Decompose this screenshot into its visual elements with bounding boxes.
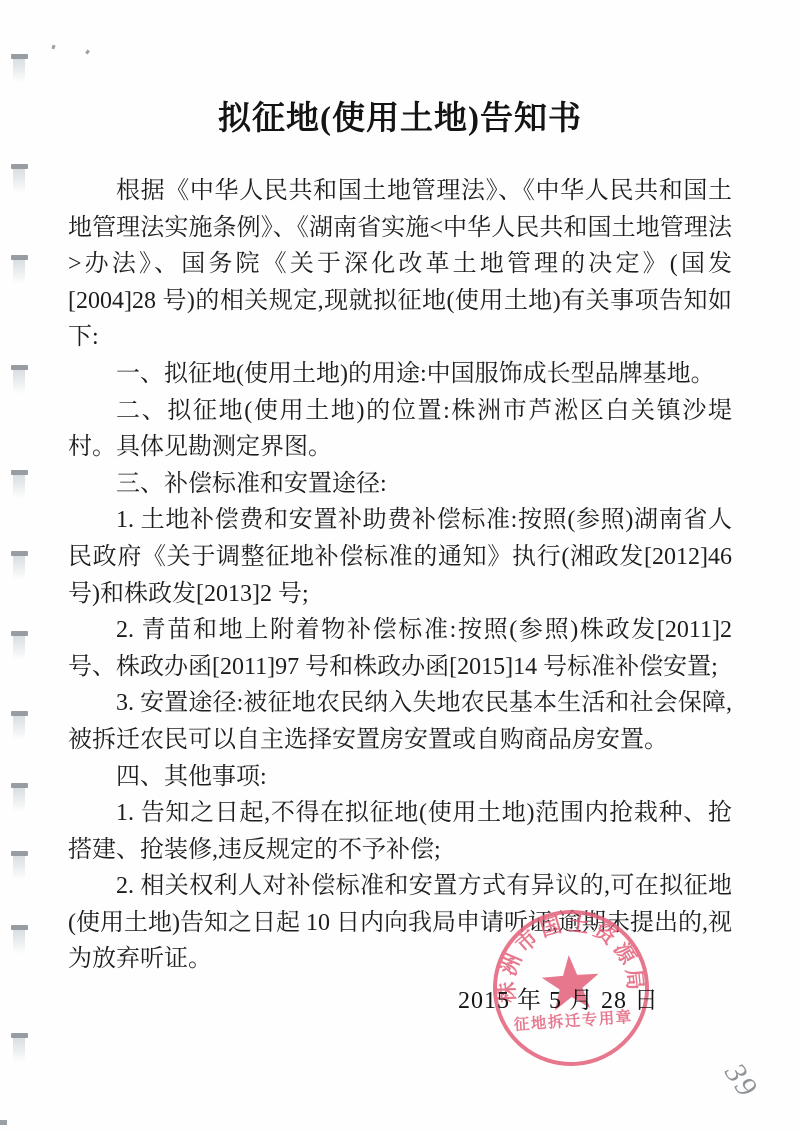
paragraph-no-rush-planting: 1. 告知之日起,不得在拟征地(使用土地)范围内抢栽种、抢搭建、抢装修,违反规定… xyxy=(68,795,732,868)
binding-hole-mark xyxy=(11,255,28,260)
binding-hole-mark xyxy=(11,365,28,370)
binding-hole-mark xyxy=(11,851,28,856)
paragraph-compensation-standard: 1. 土地补偿费和安置补助费补偿标准:按照(参照)湖南省人民政府《关于调整征地补… xyxy=(68,502,732,612)
paragraph-resettlement: 3. 安置途径:被征地农民纳入失地农民基本生活和社会保障,被拆迁农民可以自主选择… xyxy=(68,685,732,758)
scan-speck xyxy=(0,1120,7,1125)
paragraph-purpose: 一、拟征地(使用土地)的用途:中国服饰成长型品牌基地。 xyxy=(68,356,732,393)
binding-hole-mark xyxy=(11,925,28,930)
binding-hole-mark xyxy=(11,54,28,59)
binding-hole-mark xyxy=(11,1033,28,1038)
binding-hole-mark xyxy=(11,631,28,636)
binding-hole-mark xyxy=(11,470,28,475)
paragraph-location: 二、拟征地(使用土地)的位置:株洲市芦淞区白关镇沙堤村。具体见勘测定界图。 xyxy=(68,393,732,466)
binding-hole-mark xyxy=(11,164,28,169)
paragraph-legal-basis: 根据《中华人民共和国土地管理法》、《中华人民共和国土地管理法实施条例》、《湖南省… xyxy=(68,173,732,356)
handwritten-page-number: 39 xyxy=(717,1057,764,1104)
document-body: 根据《中华人民共和国土地管理法》、《中华人民共和国土地管理法实施条例》、《湖南省… xyxy=(68,173,732,978)
paragraph-section3-heading: 三、补偿标准和安置途径: xyxy=(68,466,732,503)
binding-hole-mark xyxy=(11,711,28,716)
binding-hole-mark xyxy=(11,551,28,556)
paragraph-section4-heading: 四、其他事项: xyxy=(68,759,732,796)
document-title: 拟征地(使用土地)告知书 xyxy=(0,0,800,139)
issue-date: 2015 年 5 月 28 日 xyxy=(458,980,659,1015)
paragraph-crops-compensation: 2. 青苗和地上附着物补偿标准:按照(参照)株政发[2011]2 号、株政办函[… xyxy=(68,612,732,685)
binding-hole-mark xyxy=(11,783,28,788)
scanned-notice-page: 拟征地(使用土地)告知书 根据《中华人民共和国土地管理法》、《中华人民共和国土地… xyxy=(0,0,800,1131)
